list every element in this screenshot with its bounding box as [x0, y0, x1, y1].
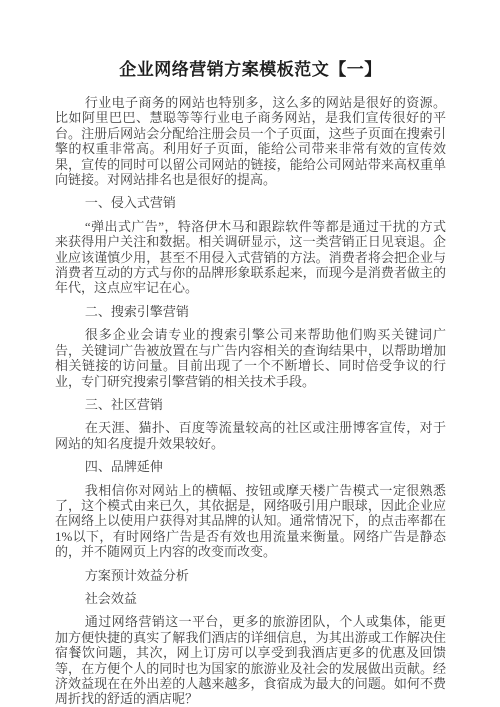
- body-paragraph-search-engine-marketing: 很多企业会请专业的搜索引擎公司来帮助他们购买关键词广告，关键词广告被放置在与广告…: [55, 327, 446, 389]
- section-heading-social-benefit: 社会效益: [55, 591, 446, 606]
- body-paragraph-brand-extension: 我相信你对网站上的横幅、按钮或摩天楼广告模式一定很熟悉了，这个模式由来已久，其依…: [55, 483, 446, 560]
- body-paragraph-intro: 行业电子商务的网站也特别多，这么多的网站是很好的资源。比如阿里巴巴、慧聪等等行业…: [55, 95, 446, 187]
- section-heading-intrusive-marketing: 一、侵入式营销: [55, 195, 446, 210]
- section-heading-community-marketing: 三、社区营销: [55, 397, 446, 412]
- section-heading-search-engine-marketing: 二、搜索引擎营销: [55, 304, 446, 319]
- body-paragraph-community-marketing: 在天涯、猫扑、百度等流量较高的社区或注册博客宣传，对于网站的知名度提升效果较好。: [55, 420, 446, 451]
- section-heading-brand-extension: 四、品牌延伸: [55, 459, 446, 474]
- section-heading-benefit-analysis: 方案预计效益分析: [55, 568, 446, 583]
- document-title: 企业网络营销方案模板范文【一】: [55, 59, 446, 81]
- body-paragraph-intrusive-marketing: “弹出式广告”，特洛伊木马和跟踪软件等都是通过干扰的方式来获得用户关注和数据。相…: [55, 219, 446, 296]
- document-page: 企业网络营销方案模板范文【一】 行业电子商务的网站也特别多，这么多的网站是很好的…: [0, 0, 500, 707]
- body-paragraph-social-benefit: 通过网络营销这一平台，更多的旅游团队，个人或集体，能更加方便快捷的真实了解我们酒…: [55, 614, 446, 706]
